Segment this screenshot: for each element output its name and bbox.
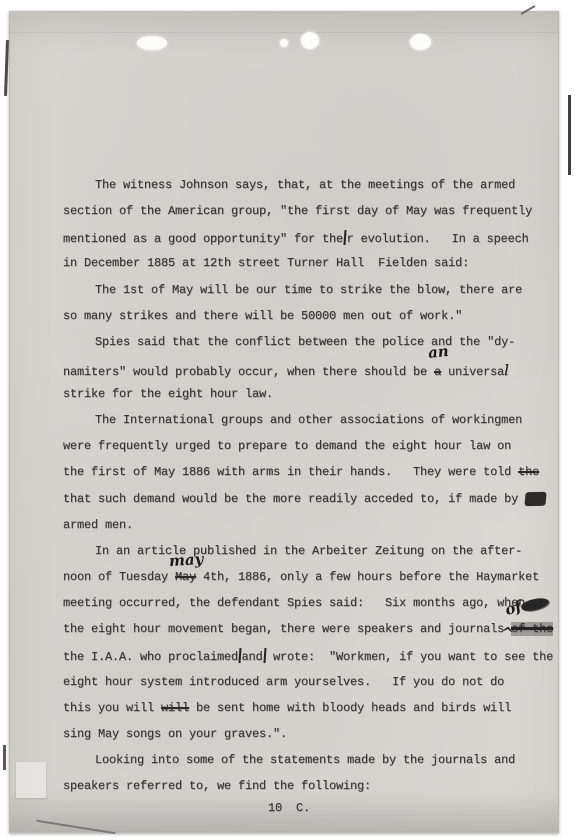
page-number: 10 C. (268, 801, 310, 815)
paper-sheet (9, 11, 559, 833)
paper-crease (10, 32, 557, 33)
tape-mark (16, 762, 46, 798)
scanned-document-scan: The witness Johnson says, that, at the m… (0, 0, 575, 840)
scan-edge-artifact (568, 95, 571, 175)
scan-edge-artifact (3, 745, 6, 770)
